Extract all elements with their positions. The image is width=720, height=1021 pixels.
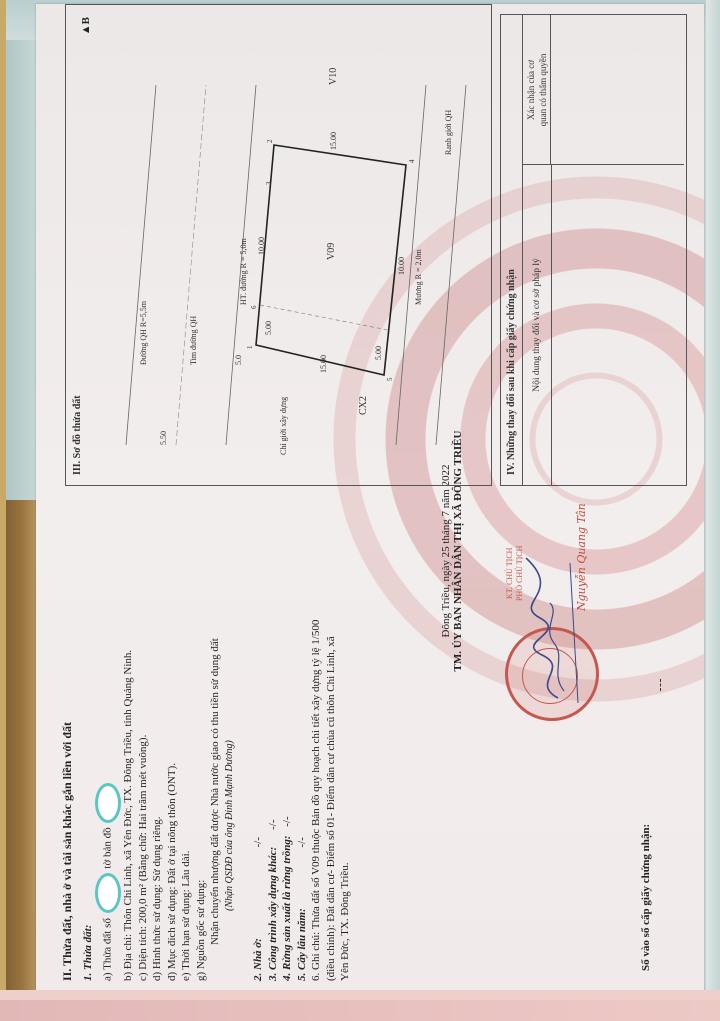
svg-text:5.00: 5.00 <box>264 321 273 335</box>
usage-purpose-line: đ) Mục đích sử dụng: Đất ở tại nông thôn… <box>165 461 180 981</box>
section-ii-heading: II. Thửa đất, nhà ở và tài sản khác gắn … <box>60 461 75 981</box>
redaction-mark <box>95 783 121 823</box>
changes-body-cell <box>551 164 684 485</box>
parcel-diagram: V09 V10 CX2 Đường QH R=5,5m Tim đường QH… <box>66 5 491 485</box>
house-item: 2. Nhà ở: <box>252 938 264 981</box>
note-line-1: 6. Ghi chú: Thửa đất số V09 thuộc Bản đồ… <box>309 461 324 981</box>
svg-text:10.00: 10.00 <box>257 237 266 255</box>
svg-text:5.00: 5.00 <box>374 346 383 360</box>
svg-text:3: 3 <box>265 181 273 185</box>
svg-text:15.00: 15.00 <box>329 132 338 150</box>
divider <box>660 679 661 691</box>
address-line: b) Địa chỉ: Thôn Chi Linh, xã Yên Đức, T… <box>121 461 136 981</box>
parcel-number-line: a) Thửa đất số tờ bản đồ <box>95 461 121 981</box>
svg-text:5.0: 5.0 <box>234 355 243 365</box>
svg-text:5.50: 5.50 <box>159 431 168 445</box>
section-ii: II. Thửa đất, nhà ở và tài sản khác gắn … <box>60 461 353 981</box>
column-header-confirmation: Xác nhận của cơ quan có thẩm quyền <box>523 15 551 165</box>
column-header-changes: Nội dung thay đổi và cơ sở pháp lý <box>523 164 552 485</box>
forest-item: 4. Rừng sản xuất là rừng trồng: <box>281 835 293 981</box>
svg-text:Mương R = 2,0m: Mương R = 2,0m <box>414 248 423 305</box>
construction-item: 3. Công trình xây dựng khác: <box>267 847 279 981</box>
svg-text:HT. đường R = 5,0m: HT. đường R = 5,0m <box>239 238 248 305</box>
perennial-item: 5. Cây lâu năm: <box>296 908 308 981</box>
origin-note: (Nhận QSDĐ của ông Đinh Mạnh Dương) <box>223 461 238 981</box>
svg-text:V10: V10 <box>328 68 339 85</box>
svg-text:5: 5 <box>386 377 394 381</box>
usage-term-line: e) Thời hạn sử dụng: Lâu dài. <box>179 461 194 981</box>
section-iv-title: IV. Những thay đổi sau khi cấp giấy chứn… <box>501 15 523 485</box>
usage-form-line: d) Hình thức sử dụng: Sử dụng riêng. <box>150 461 165 981</box>
svg-text:Tim đường QH: Tim đường QH <box>189 316 198 365</box>
origin-text: Nhận chuyển nhượng đất được Nhà nước gia… <box>208 461 223 981</box>
lot-label: V09 <box>326 243 337 260</box>
certificate-cover-edge <box>0 1000 720 1021</box>
redaction-mark <box>95 873 121 913</box>
svg-text:2: 2 <box>266 139 274 143</box>
registry-number-label: Số vào sổ cấp giấy chứng nhận: <box>640 824 652 971</box>
svg-text:6: 6 <box>250 305 258 309</box>
svg-text:Đường QH R=5,5m: Đường QH R=5,5m <box>139 300 148 365</box>
section-iii-sketch: III. Sơ đồ thửa đất ▲B V09 V10 CX2 Đường… <box>65 4 492 486</box>
note-line-3: Yên Đức, TX. Đông Triều. <box>338 461 353 981</box>
svg-text:10.00: 10.00 <box>397 257 406 275</box>
svg-text:1: 1 <box>246 345 254 349</box>
parcel-subheading: 1. Thửa đất: <box>82 925 94 981</box>
svg-text:4: 4 <box>408 159 416 163</box>
section-iv-changes-table: IV. Những thay đổi sau khi cấp giấy chứn… <box>500 14 687 486</box>
svg-text:CX2: CX2 <box>358 396 369 415</box>
svg-text:Ranh giới QH: Ranh giới QH <box>444 110 453 155</box>
signer-name: Nguyễn Quang Tân <box>575 503 588 611</box>
svg-text:Chỉ giới xây dựng: Chỉ giới xây dựng <box>279 397 288 455</box>
signature <box>520 553 580 703</box>
origin-line: g) Nguồn gốc sử dụng: <box>194 461 209 981</box>
note-line-2: (điều chỉnh): Đất dân cư- Điểm số 01- Đi… <box>324 461 339 981</box>
certificate-page: II. Thửa đất, nhà ở và tài sản khác gắn … <box>0 0 720 1021</box>
svg-text:15.00: 15.00 <box>319 355 328 373</box>
area-line: c) Diện tích: 200,0 m² (Bằng chữ: Hai tr… <box>136 461 151 981</box>
